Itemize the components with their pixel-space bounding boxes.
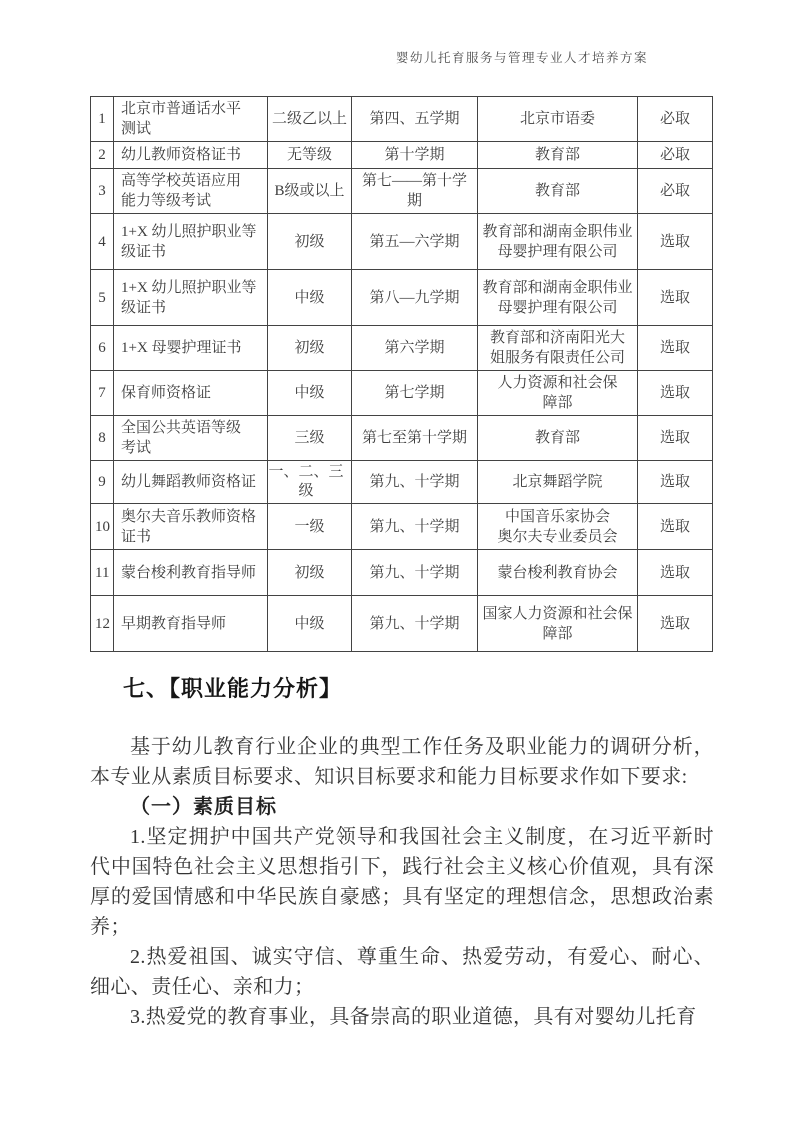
career-ability-section: 七、【职业能力分析】 基于幼儿教育行业企业的典型工作任务及职业能力的调研分析，本… — [90, 674, 714, 1032]
cell-issuer: 教育部和湖南金职伟业 母婴护理有限公司 — [478, 214, 638, 270]
cell-issuer: 教育部 — [478, 416, 638, 461]
cell-level: 三级 — [268, 416, 352, 461]
paragraph: 基于幼儿教育行业企业的典型工作任务及职业能力的调研分析，本专业从素质目标要求、知… — [90, 732, 714, 792]
cell-semester: 第九、十学期 — [352, 461, 478, 504]
table-row: 3高等学校英语应用 能力等级考试B级或以上第七——第十学 期教育部必取 — [91, 169, 713, 214]
cell-semester: 第十学期 — [352, 142, 478, 169]
cell-cert-name: 幼儿教师资格证书 — [114, 142, 268, 169]
cell-semester: 第五—六学期 — [352, 214, 478, 270]
cell-index: 6 — [91, 326, 114, 371]
document-page: 婴幼儿托育服务与管理专业人才培养方案 1北京市普通话水平 测试二级乙以上第四、五… — [0, 0, 800, 1131]
table-row: 1北京市普通话水平 测试二级乙以上第四、五学期北京市语委必取 — [91, 97, 713, 142]
cell-semester: 第七——第十学 期 — [352, 169, 478, 214]
cell-issuer: 蒙台梭利教育协会 — [478, 550, 638, 596]
cell-index: 11 — [91, 550, 114, 596]
cell-semester: 第四、五学期 — [352, 97, 478, 142]
cell-semester: 第六学期 — [352, 326, 478, 371]
table-row: 61+X 母婴护理证书初级第六学期教育部和济南阳光大 姐服务有限责任公司选取 — [91, 326, 713, 371]
cell-cert-name: 蒙台梭利教育指导师 — [114, 550, 268, 596]
cell-level: 初级 — [268, 326, 352, 371]
page-header-title: 婴幼儿托育服务与管理专业人才培养方案 — [396, 48, 648, 66]
cell-index: 8 — [91, 416, 114, 461]
cell-level: 初级 — [268, 214, 352, 270]
cell-issuer: 教育部和济南阳光大 姐服务有限责任公司 — [478, 326, 638, 371]
cell-issuer: 北京市语委 — [478, 97, 638, 142]
cell-selection: 选取 — [638, 416, 713, 461]
section-heading: 七、【职业能力分析】 — [123, 674, 714, 706]
cell-issuer: 人力资源和社会保 障部 — [478, 371, 638, 416]
cell-index: 10 — [91, 504, 114, 550]
table-row: 12早期教育指导师中级第九、十学期国家人力资源和社会保 障部选取 — [91, 596, 713, 652]
paragraph: 2.热爱祖国、诚实守信、尊重生命、热爱劳动，有爱心、耐心、细心、责任心、亲和力； — [90, 942, 714, 1002]
cell-index: 3 — [91, 169, 114, 214]
cell-index: 7 — [91, 371, 114, 416]
paragraph: 3.热爱党的教育事业，具备崇高的职业道德，具有对婴幼儿托育 — [90, 1002, 714, 1032]
paragraph: 1.坚定拥护中国共产党领导和我国社会主义制度，在习近平新时代中国特色社会主义思想… — [90, 822, 714, 942]
cell-cert-name: 全国公共英语等级 考试 — [114, 416, 268, 461]
cell-selection: 必取 — [638, 142, 713, 169]
cell-selection: 必取 — [638, 169, 713, 214]
cell-selection: 选取 — [638, 461, 713, 504]
table-row: 8全国公共英语等级 考试三级第七至第十学期教育部选取 — [91, 416, 713, 461]
cell-issuer: 教育部和湖南金职伟业 母婴护理有限公司 — [478, 270, 638, 326]
cell-semester: 第七学期 — [352, 371, 478, 416]
cell-semester: 第九、十学期 — [352, 550, 478, 596]
cell-cert-name: 奥尔夫音乐教师资格 证书 — [114, 504, 268, 550]
cell-cert-name: 北京市普通话水平 测试 — [114, 97, 268, 142]
cell-cert-name: 1+X 母婴护理证书 — [114, 326, 268, 371]
table-row: 51+X 幼儿照护职业等 级证书中级第八—九学期教育部和湖南金职伟业 母婴护理有… — [91, 270, 713, 326]
cell-issuer: 国家人力资源和社会保 障部 — [478, 596, 638, 652]
cell-selection: 选取 — [638, 214, 713, 270]
cell-level: 中级 — [268, 270, 352, 326]
table-row: 10奥尔夫音乐教师资格 证书一级第九、十学期中国音乐家协会 奥尔夫专业委员会选取 — [91, 504, 713, 550]
cell-cert-name: 早期教育指导师 — [114, 596, 268, 652]
cell-level: 初级 — [268, 550, 352, 596]
cell-selection: 选取 — [638, 504, 713, 550]
cell-cert-name: 保育师资格证 — [114, 371, 268, 416]
cell-cert-name: 幼儿舞蹈教师资格证 — [114, 461, 268, 504]
cell-semester: 第八—九学期 — [352, 270, 478, 326]
cell-index: 5 — [91, 270, 114, 326]
cell-selection: 选取 — [638, 550, 713, 596]
cell-cert-name: 高等学校英语应用 能力等级考试 — [114, 169, 268, 214]
cell-selection: 选取 — [638, 270, 713, 326]
certificates-table: 1北京市普通话水平 测试二级乙以上第四、五学期北京市语委必取2幼儿教师资格证书无… — [90, 96, 713, 652]
cell-level: 中级 — [268, 596, 352, 652]
cell-issuer: 教育部 — [478, 169, 638, 214]
cell-index: 9 — [91, 461, 114, 504]
cell-level-text: 一、二、三 级 — [253, 463, 359, 501]
table-row: 41+X 幼儿照护职业等 级证书初级第五—六学期教育部和湖南金职伟业 母婴护理有… — [91, 214, 713, 270]
section-body: 基于幼儿教育行业企业的典型工作任务及职业能力的调研分析，本专业从素质目标要求、知… — [90, 732, 714, 1032]
table-row: 2幼儿教师资格证书无等级第十学期教育部必取 — [91, 142, 713, 169]
cell-level: 一、二、三 级 — [268, 461, 352, 504]
cell-issuer: 北京舞蹈学院 — [478, 461, 638, 504]
certificates-table-body: 1北京市普通话水平 测试二级乙以上第四、五学期北京市语委必取2幼儿教师资格证书无… — [91, 97, 713, 652]
cell-index: 12 — [91, 596, 114, 652]
cell-selection: 选取 — [638, 326, 713, 371]
cell-semester: 第九、十学期 — [352, 504, 478, 550]
cell-index: 4 — [91, 214, 114, 270]
cell-level: B级或以上 — [268, 169, 352, 214]
table-row: 7保育师资格证中级第七学期人力资源和社会保 障部选取 — [91, 371, 713, 416]
cell-selection: 选取 — [638, 596, 713, 652]
cell-level: 无等级 — [268, 142, 352, 169]
cell-cert-name: 1+X 幼儿照护职业等 级证书 — [114, 270, 268, 326]
cell-issuer: 中国音乐家协会 奥尔夫专业委员会 — [478, 504, 638, 550]
cell-level: 二级乙以上 — [268, 97, 352, 142]
cell-cert-name: 1+X 幼儿照护职业等 级证书 — [114, 214, 268, 270]
table-row: 9幼儿舞蹈教师资格证一、二、三 级第九、十学期北京舞蹈学院选取 — [91, 461, 713, 504]
cell-level: 一级 — [268, 504, 352, 550]
cell-selection: 必取 — [638, 97, 713, 142]
cell-index: 2 — [91, 142, 114, 169]
cell-level: 中级 — [268, 371, 352, 416]
sub-heading: （一）素质目标 — [90, 792, 714, 822]
table-row: 11蒙台梭利教育指导师初级第九、十学期蒙台梭利教育协会选取 — [91, 550, 713, 596]
cell-semester: 第九、十学期 — [352, 596, 478, 652]
cell-index: 1 — [91, 97, 114, 142]
cell-semester: 第七至第十学期 — [352, 416, 478, 461]
cell-selection: 选取 — [638, 371, 713, 416]
cell-issuer: 教育部 — [478, 142, 638, 169]
